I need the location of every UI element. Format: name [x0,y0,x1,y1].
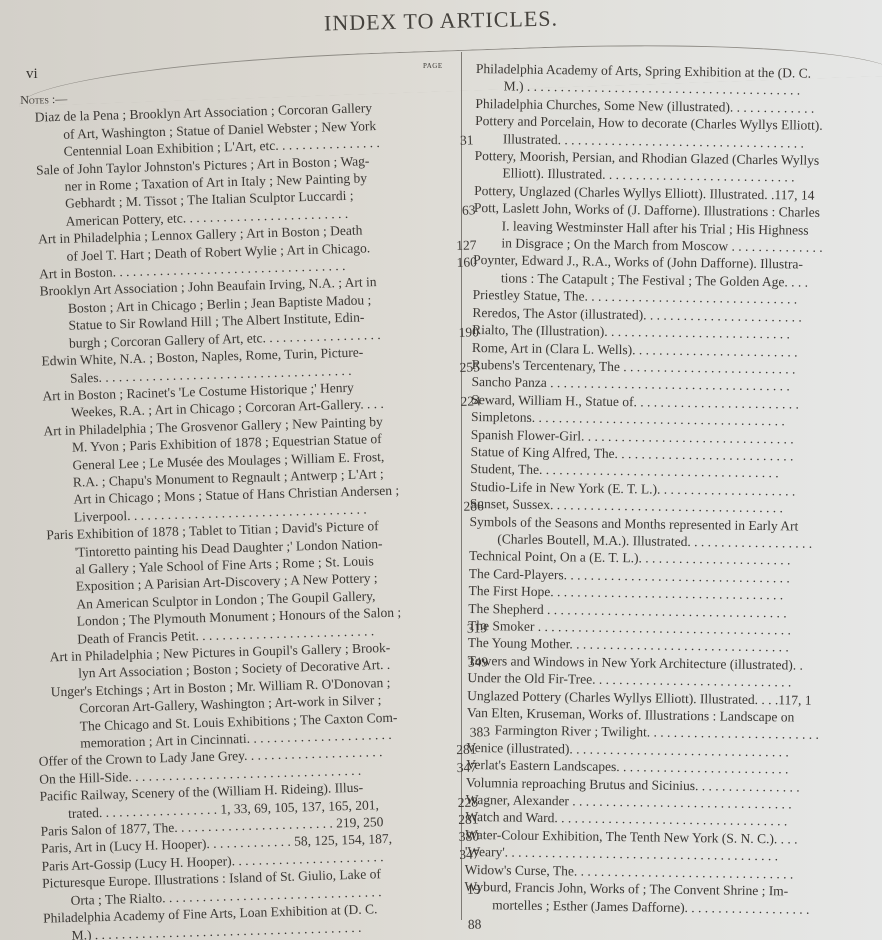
index-entry: Van Elten, Kruseman, Works of. Illustrat… [467,704,882,745]
index-entry: Art in Philadelphia ; The Grosvenor Gall… [29,411,446,527]
page-folio: vi [26,66,38,83]
notes-entries: Diaz de la Pena ; Brooklyn Art Associati… [20,97,478,753]
index-entry: Paris Exhibition of 1878 ; Tablet to Tit… [32,515,449,648]
index-entry: Unger's Etchings ; Art in Boston ; Mr. W… [37,672,453,753]
index-entry: Pottery and Porcelain, How to decorate (… [475,112,882,153]
page-number: 63 [441,201,475,219]
book-page: INDEX TO ARTICLES. vi PAGE Notes :— Diaz… [0,0,882,940]
page-number: 160 [443,253,477,271]
index-entry: Pottery, Moorish, Persian, and Rhodian G… [474,147,882,188]
left-column: Notes :— Diaz de la Pena ; Brooklyn Art … [20,80,484,940]
top-level-entries: Offer of the Crown to Lady Jane Grey. . … [38,741,483,940]
index-entry: Brooklyn Art Association ; John Beaufain… [25,272,441,353]
right-entries: Philadelphia Academy of Arts, Spring Exh… [464,60,882,919]
index-entry: Sale of John Taylor Johnston's Pictures … [22,150,438,231]
page-title: INDEX TO ARTICLES. [0,0,882,43]
page-number: 127 [442,236,476,254]
page-column-label: PAGE [423,62,443,70]
page-number: 88 [447,915,481,933]
page-number: 31 [439,132,473,150]
index-entry: Poynter, Edward J., R.A., Works of (John… [473,251,882,292]
index-entry: Wyburd, Francis John, Works of ; The Con… [464,878,882,919]
index-entry: Pott, Laslett John, Works of (J. Dafforn… [473,199,882,257]
right-column: Philadelphia Academy of Arts, Spring Exh… [464,60,882,919]
index-entry: Symbols of the Seasons and Months repres… [469,513,882,554]
index-entry: Philadelphia Academy of Arts, Spring Exh… [476,60,882,101]
